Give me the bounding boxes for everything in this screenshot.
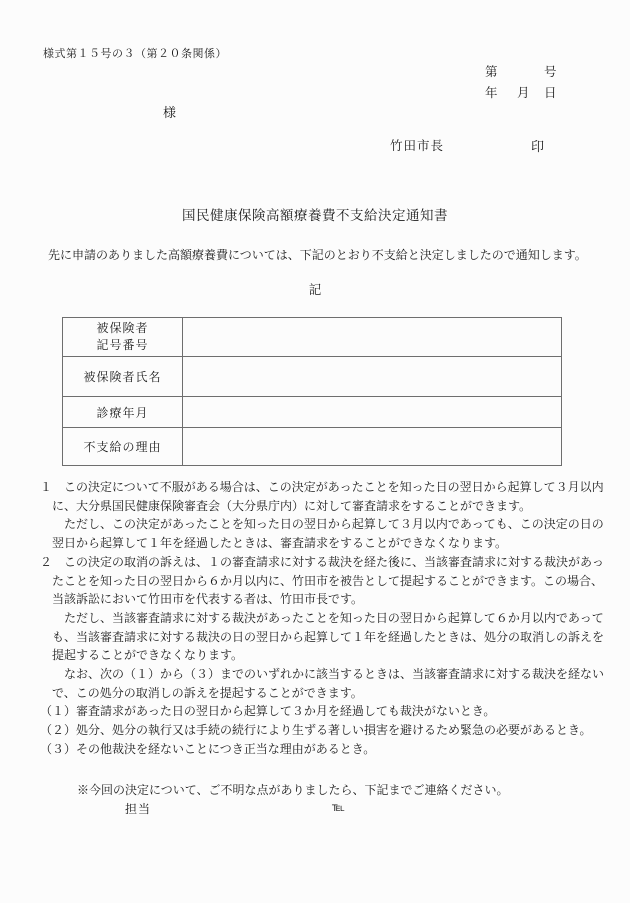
intro-text: 先に申請のありました高額療養費については、下記のとおり不支給と決定しましたので通…: [48, 246, 587, 263]
legal-text-line: ２ この決定の取消の訴えは、１の審査請求に対する裁決を経た後に、当該審査請求に対…: [40, 553, 610, 572]
notation-marker: 記: [0, 280, 630, 298]
legal-text-line: 当該訴訟において竹田市を代表する者は、竹田市長です。: [40, 590, 610, 609]
doc-number-prefix: 第: [485, 62, 498, 80]
legal-text-line: 提起することができなくなります。: [40, 646, 610, 665]
insured-name-value: [183, 357, 562, 397]
legal-text-line: （１）審査請求があった日の翌日から起算して３か月を経過しても裁決がないとき。: [40, 702, 610, 721]
date-day-label: 日: [544, 83, 557, 101]
legal-text-line: 翌日から起算して１年を経過したときは、審査請求をすることができなくなります。: [40, 534, 610, 553]
document-page: 様式第１５号の３（第２０条関係） 第 号 年 月 日 様 竹田市長 印 国民健康…: [0, 0, 630, 903]
form-number: 様式第１５号の３（第２０条関係）: [43, 45, 227, 61]
denial-reason-label: 不支給の理由: [63, 428, 183, 466]
table-row: 被保険者 記号番号: [63, 318, 562, 357]
legal-text-line: に、大分県国民健康保険審査会（大分県庁内）に対して審査請求をすることができます。: [40, 497, 610, 516]
legal-text-line: も、当該審査請求に対する裁決の日の翌日から起算して１年を経過したときは、処分の取…: [40, 628, 610, 647]
legal-text-line: １ この決定について不服がある場合は、この決定があったことを知った日の翌日から起…: [40, 478, 610, 497]
table-row: 被保険者氏名: [63, 357, 562, 397]
tel-symbol: ℡: [332, 800, 345, 814]
table-row: 診療年月: [63, 397, 562, 428]
denial-reason-value: [183, 428, 562, 466]
legal-text-line: で、この処分の取消しの訴えを提起することができます。: [40, 684, 610, 703]
legal-text-line: （２）処分、処分の執行又は手続の続行により生ずる著しい損害を避けるため緊急の必要…: [40, 721, 610, 740]
treatment-month-value: [183, 397, 562, 428]
date-month-label: 月: [517, 83, 530, 101]
contact-label: 担当: [125, 800, 151, 817]
legal-text-line: ただし、この決定があったことを知った日の翌日から起算して３月以内であっても、この…: [40, 515, 610, 534]
insured-symbol-number-label: 被保険者 記号番号: [63, 318, 183, 357]
date-year-label: 年: [485, 83, 498, 101]
doc-number-suffix: 号: [544, 62, 557, 80]
table-row: 不支給の理由: [63, 428, 562, 466]
legal-text-line: なお、次の（１）から（３）までのいずれかに該当するときは、当該審査請求に対する裁…: [40, 665, 610, 684]
insured-info-table: 被保険者 記号番号 被保険者氏名 診療年月 不支給の理由: [62, 317, 562, 466]
treatment-month-label: 診療年月: [63, 397, 183, 428]
insured-name-label: 被保険者氏名: [63, 357, 183, 397]
addressee-honorific: 様: [163, 102, 176, 121]
legal-text-line: （３）その他裁決を経ないことにつき正当な理由があるとき。: [40, 740, 610, 759]
issuer-name: 竹田市長: [390, 136, 444, 154]
contact-note: ※今回の決定について、ご不明な点がありましたら、下記までご連絡ください。: [77, 781, 509, 798]
seal-mark: 印: [531, 136, 544, 155]
legal-notice: １ この決定について不服がある場合は、この決定があったことを知った日の翌日から起…: [40, 478, 610, 759]
document-title: 国民健康保険高額療養費不支給決定通知書: [0, 204, 630, 224]
legal-text-line: たことを知った日の翌日から６か月以内に、竹田市を被告として提起することができます…: [40, 572, 610, 591]
label-line: 記号番号: [63, 337, 182, 355]
insured-symbol-number-value: [183, 318, 562, 357]
legal-text-line: ただし、当該審査請求に対する裁決があったことを知った日の翌日から起算して６か月以…: [40, 609, 610, 628]
label-line: 被保険者: [63, 320, 182, 338]
